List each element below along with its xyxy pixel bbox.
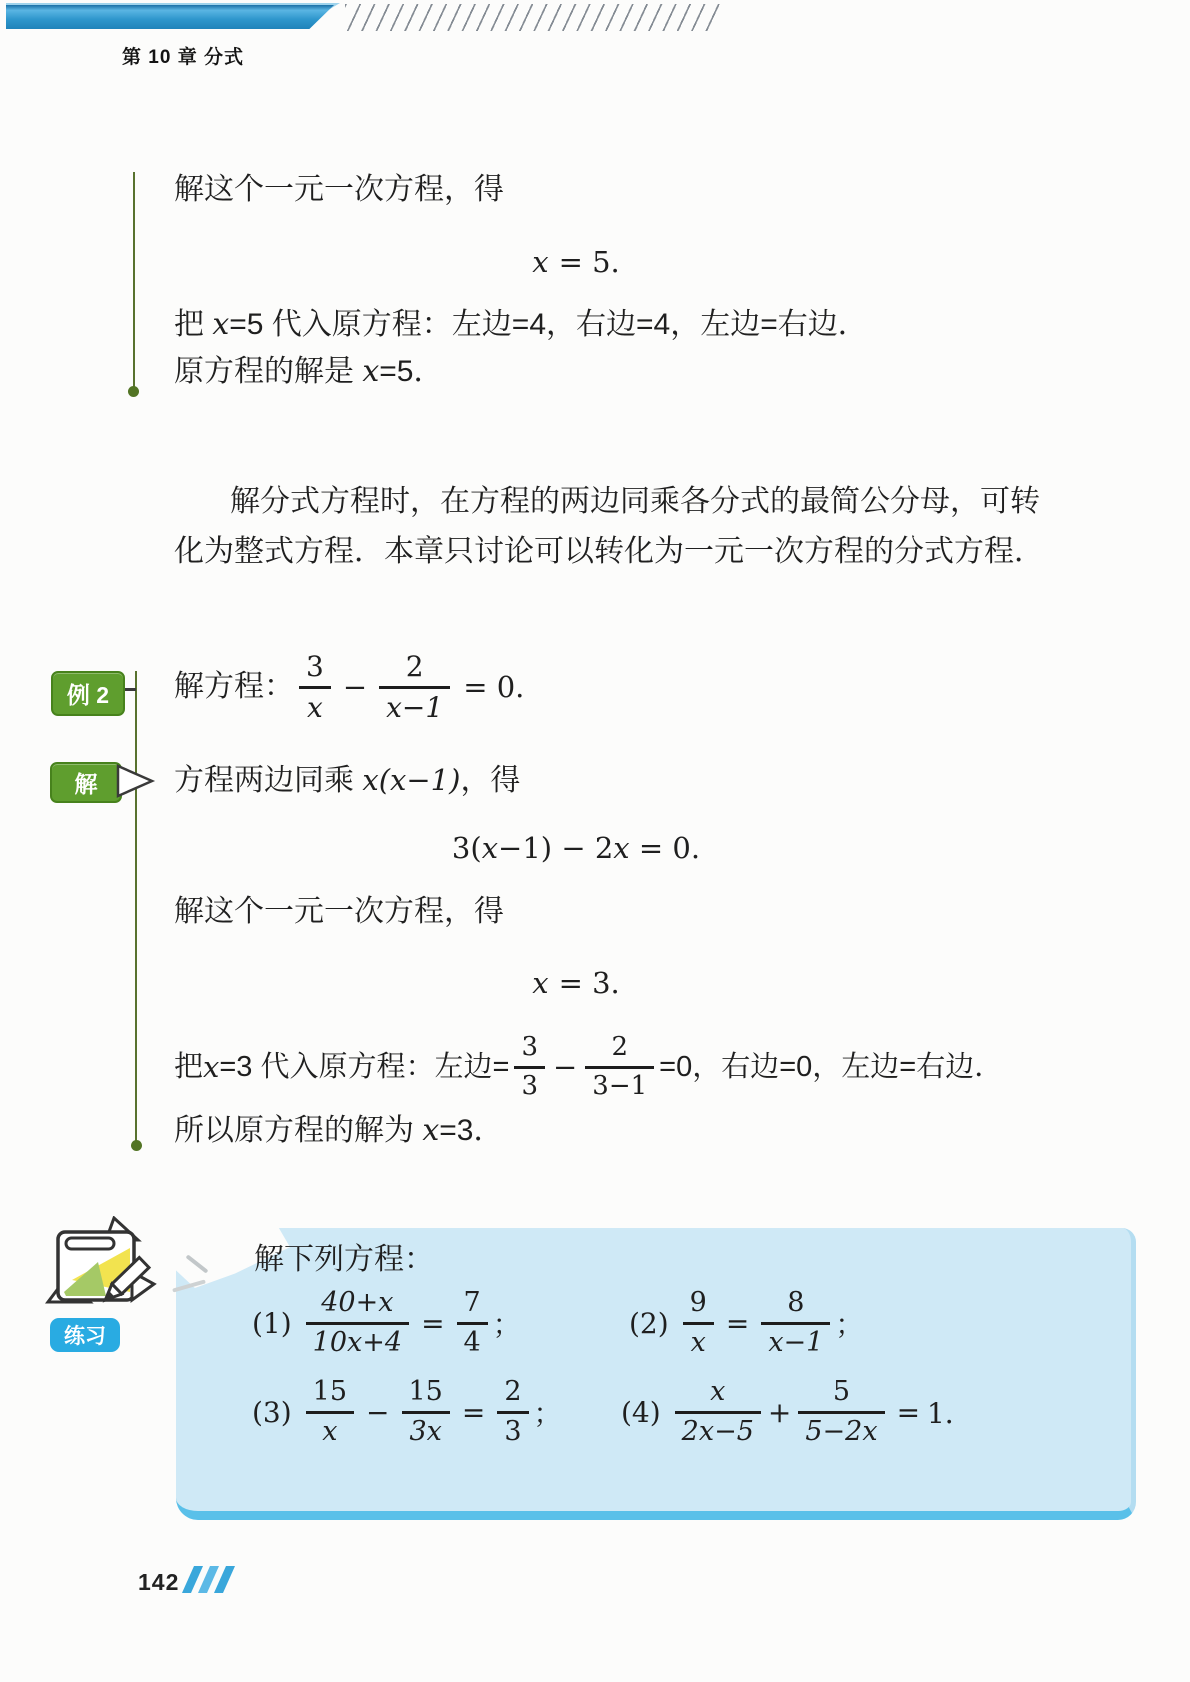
solution-step-2: 解这个一元一次方程，得	[174, 892, 504, 932]
problem-number: (4)	[621, 1396, 661, 1429]
problem-number: (1)	[252, 1307, 292, 1340]
equation-x-equals-3: x= 3.	[96, 963, 1056, 1003]
fraction-3-over-x: 3x	[299, 651, 331, 723]
solution-badge: 解	[50, 762, 122, 803]
practice-notebook-pencil-icon	[44, 1216, 160, 1320]
example2-guide-line-end-dot	[131, 1140, 142, 1151]
solution-step-text: 解这个一元一次方程，得	[174, 170, 504, 210]
solution-badge-arrow-icon	[116, 762, 156, 800]
problem-number: (3)	[252, 1396, 292, 1429]
header-bar	[6, 5, 334, 29]
practice-title: 解下列方程：	[254, 1240, 434, 1280]
page-number-slashes-decoration	[188, 1566, 236, 1593]
fraction: 15x	[306, 1377, 354, 1446]
practice-problem-1: (1) 40+x10x+4 = 74 ；	[252, 1292, 521, 1354]
equation-x-equals-5: x= 5.	[96, 242, 1056, 282]
fraction: 23	[497, 1377, 528, 1446]
example2-equation: 解方程： 3x − 2x−1 = 0.	[174, 656, 524, 718]
solution-conclusion: 所以原方程的解为 x=3．	[174, 1111, 503, 1151]
fraction: 40+x10x+4	[306, 1288, 409, 1357]
fraction: 55−2x	[798, 1377, 884, 1446]
page-number: 142	[138, 1569, 179, 1596]
practice-problem-4: (4) x2x−5 + 55−2x = 1．	[621, 1380, 973, 1444]
solution-verification: 把 x=3 代入原方程：左边= 33 − 23−1 =0，右边=0，左边=右边．	[174, 1033, 1003, 1101]
equation-linear: 3(x−1) − 2x = 0.	[96, 828, 1056, 868]
conclusion-text: 原方程的解是 x=5．	[174, 352, 443, 392]
practice-badge: 练习	[50, 1318, 120, 1352]
fraction-2-over-3-minus-1: 23−1	[585, 1033, 654, 1100]
fraction: 8x−1	[761, 1288, 830, 1357]
fraction: 153x	[402, 1377, 450, 1446]
fraction-3-over-3: 33	[514, 1033, 545, 1100]
practice-problem-2: (2) 9x = 8x−1 ；	[629, 1292, 863, 1354]
header-stripes-decoration	[345, 4, 730, 31]
paragraph-line-1: 解分式方程时，在方程的两边同乘各分式的最简公分母，可转	[230, 482, 1040, 522]
example2-guide-line	[135, 671, 137, 1144]
verification-text: 把 x=5 代入原方程：左边=4，右边=4，左边=右边．	[174, 305, 868, 345]
problem-number: (2)	[629, 1307, 669, 1340]
fraction: x2x−5	[675, 1377, 761, 1446]
practice-problem-3: (3) 15x − 153x = 23 ；	[252, 1380, 562, 1444]
fraction: 9x	[683, 1288, 714, 1357]
example2-badge: 例 2	[51, 671, 125, 716]
solution-step-1: 方程两边同乘 x(x−1)，得	[174, 760, 520, 801]
fraction: 74	[457, 1288, 488, 1357]
paragraph-line-2: 化为整式方程．本章只讨论可以转化为一元一次方程的分式方程．	[174, 532, 1044, 572]
fraction-2-over-x-minus-1: 2x−1	[379, 651, 450, 723]
guide-line-end-dot	[128, 386, 139, 397]
chapter-header: 第 10 章 分式	[122, 42, 244, 69]
